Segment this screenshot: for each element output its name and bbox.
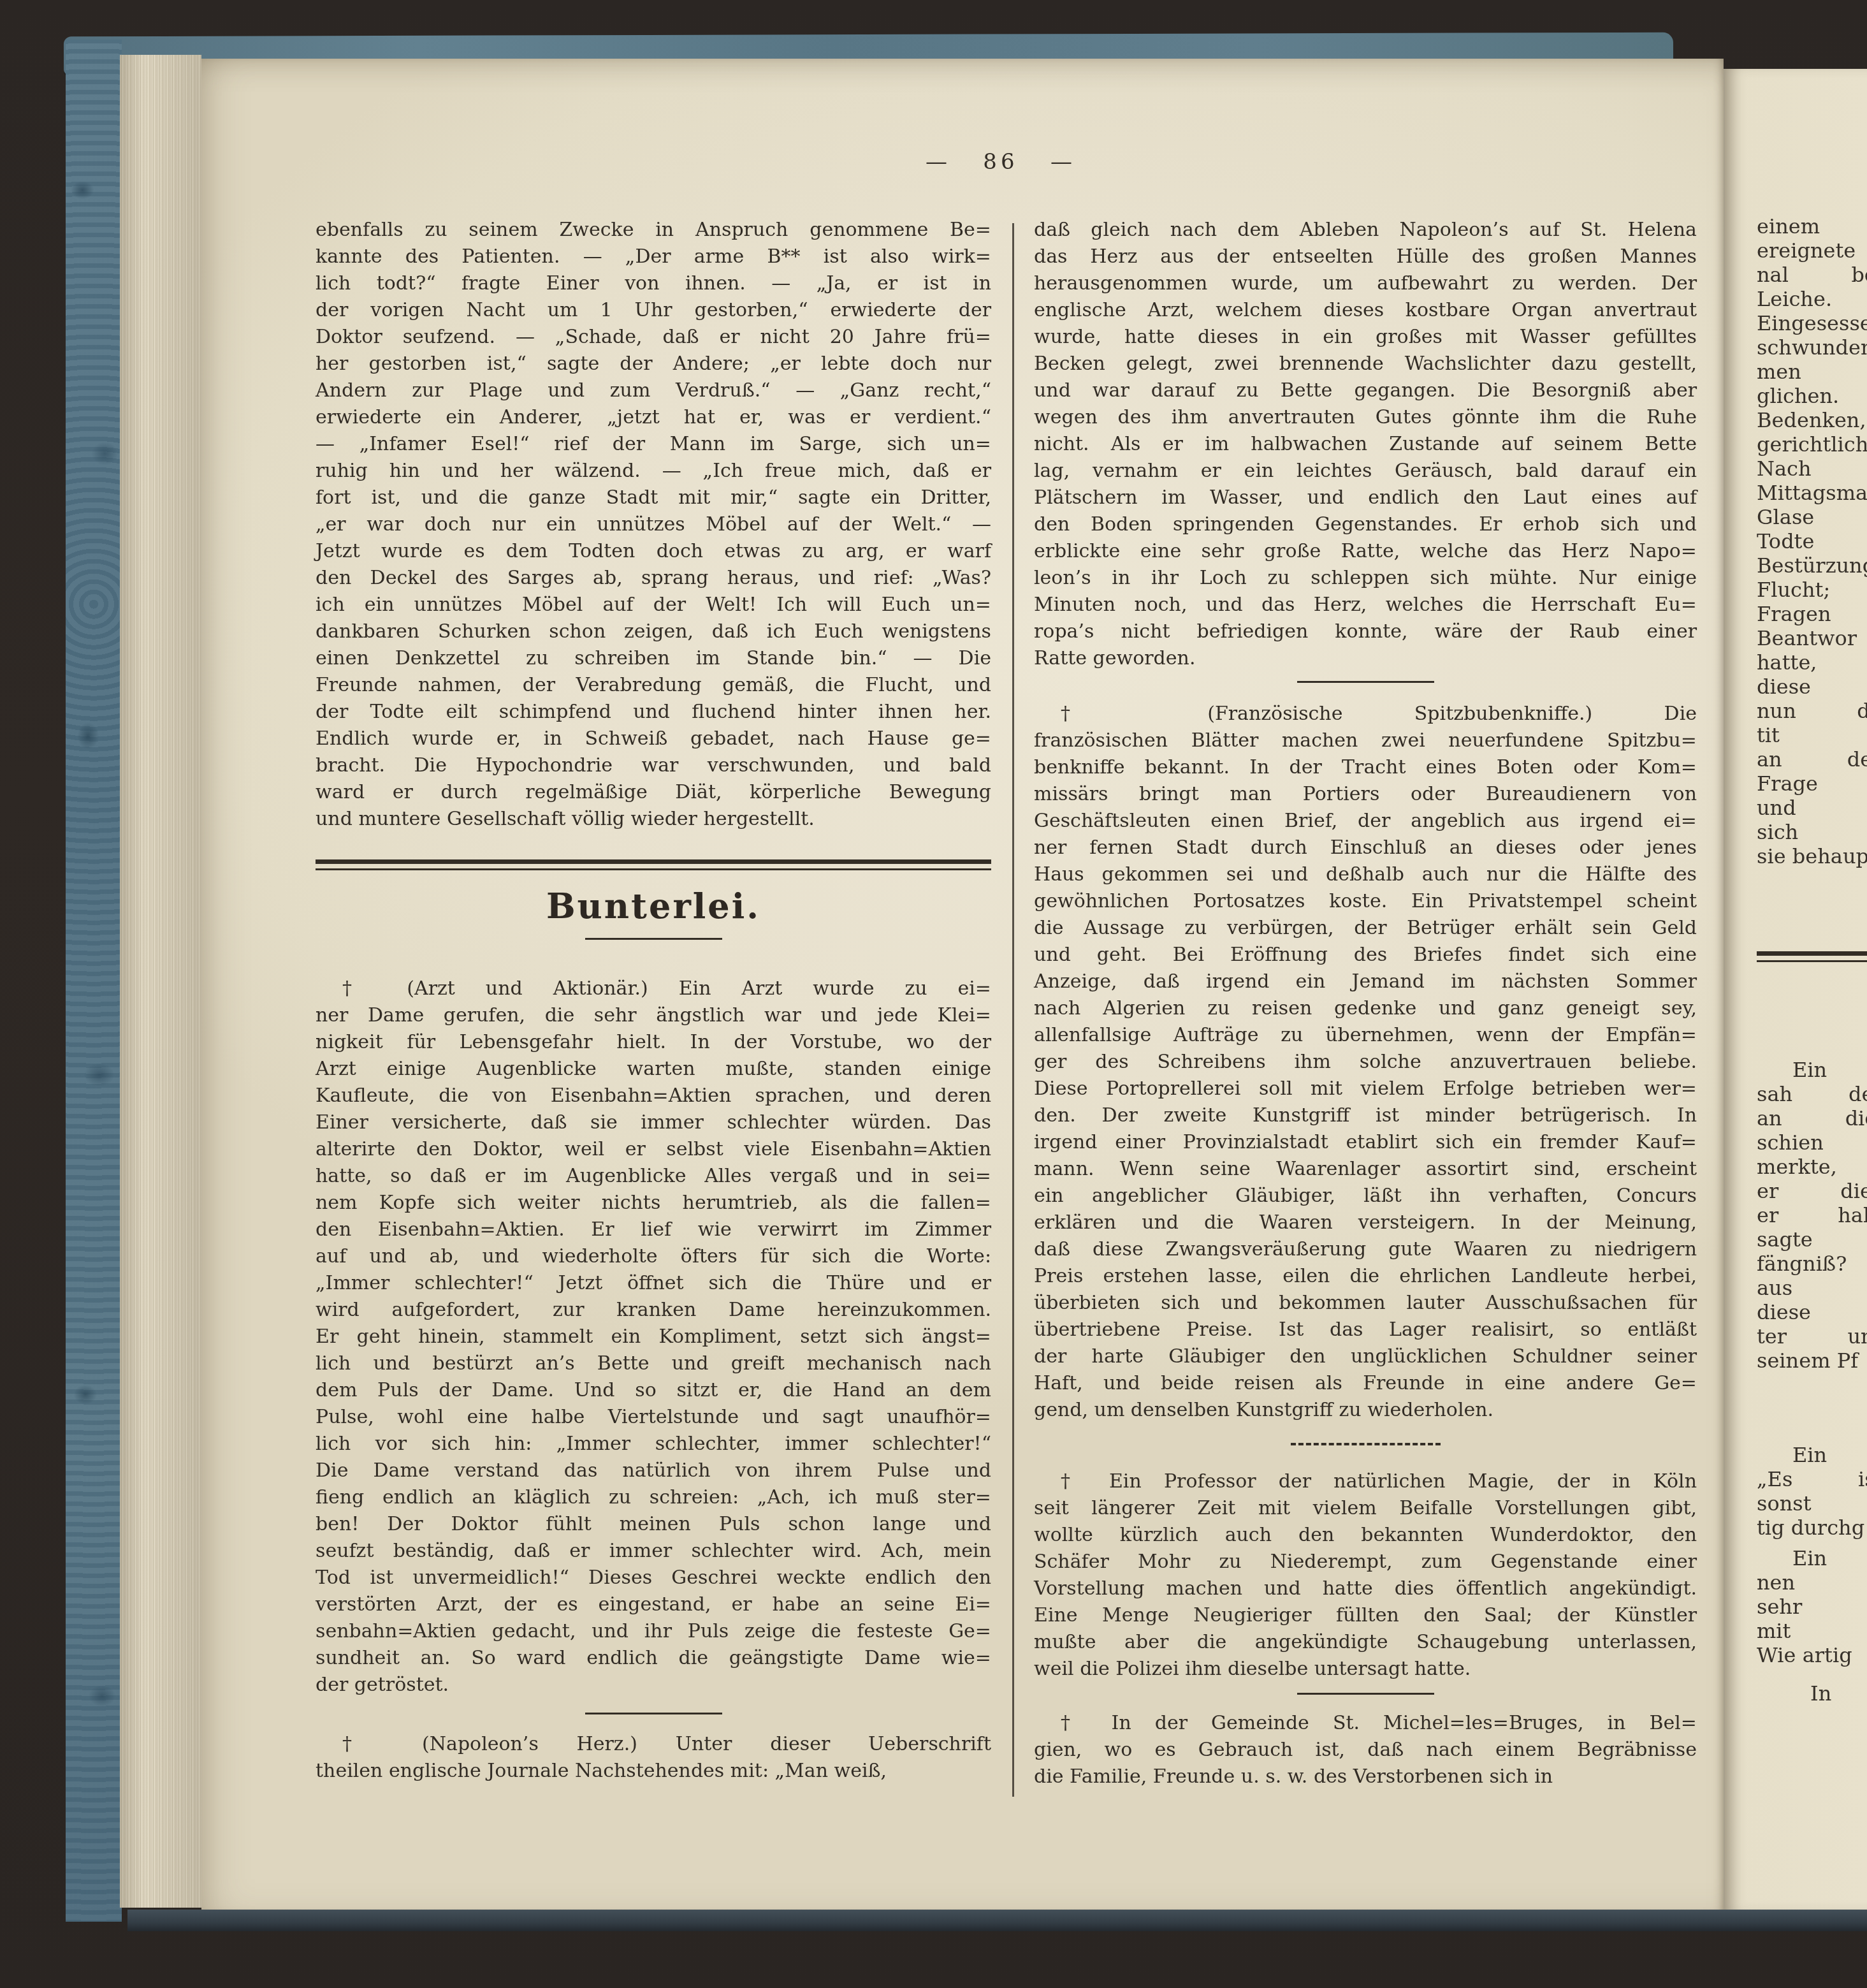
text-line: Ein [1757, 1443, 1867, 1467]
text-line: ben! Der Doktor fühlt meinen Puls schon … [316, 1511, 991, 1538]
text-line: übertriebene Preise. Ist das Lager reali… [1034, 1317, 1697, 1343]
text-line: englische Arzt, welchem dieses kostbare … [1034, 297, 1697, 324]
text-line: gerichtliche [1757, 432, 1867, 457]
text-line: fängniß? [1757, 1252, 1867, 1276]
text-line: und geht. Bei Eröffnung des Briefes find… [1034, 942, 1697, 968]
section-heading: Bunterlei. [316, 886, 991, 926]
right-text-column: daß gleich nach dem Ableben Napoleon’s a… [1034, 217, 1697, 1790]
text-line: und des [1757, 796, 1867, 820]
text-line: glichen. L [1757, 384, 1867, 408]
rule-short [585, 938, 722, 940]
text-line: Arzt einige Augenblicke warten mußte, st… [316, 1056, 991, 1083]
text-line: ner fernen Stadt durch Einschluß an dies… [1034, 835, 1697, 861]
text-line: erklären und die Waaren versteigern. In … [1034, 1210, 1697, 1236]
text-line: Glase eini [1757, 505, 1867, 529]
text-line: auf und ab, und wiederholte öfters für s… [316, 1243, 991, 1270]
text-line: benkniffe bekannt. In der Tracht eines B… [1034, 754, 1697, 781]
text-line: daß diese Zwangsveräußerung gute Waaren … [1034, 1236, 1697, 1263]
text-line: † (Arzt und Aktionär.) Ein Arzt wurde zu… [316, 976, 991, 1002]
paragraph: Ein„Es ist esonst würtig durchg [1757, 1443, 1867, 1540]
text-line: Becken gelegt, zwei brennende Wachslicht… [1034, 351, 1697, 377]
text-line: er habe n [1757, 1203, 1867, 1227]
text-line: leon’s in ihr Loch zu schleppen sich müh… [1034, 565, 1697, 592]
facing-page-text-column: einem Wiereignete sinal bei BLeiche. DEi… [1757, 214, 1867, 1706]
text-line: ebenfalls zu seinem Zwecke in Anspruch g… [316, 217, 991, 244]
text-line: nigkeit für Lebensgefahr hielt. In der V… [316, 1029, 991, 1056]
text-line: Mittagsma [1757, 481, 1867, 505]
text-line: nicht. Als er im halbwachen Zustande auf… [1034, 431, 1697, 458]
text-line: „Es ist e [1757, 1467, 1867, 1491]
text-line: sundheit an. So ward endlich die geängst… [316, 1645, 991, 1672]
text-line: gewöhnlichen Portosatzes koste. Ein Priv… [1034, 888, 1697, 915]
text-line: Bestürzung [1757, 553, 1867, 578]
text-line: Todte in’s [1757, 529, 1867, 553]
text-line: der Todte eilt schimpfend und fluchend h… [316, 699, 991, 726]
text-line: Einer versicherte, daß sie immer schlech… [316, 1109, 991, 1136]
text-line: hatte, so daß er im Augenblicke Alles ve… [316, 1163, 991, 1190]
text-line: Frage blie [1757, 771, 1867, 796]
text-line: Haft, und beide reisen als Freunde in ei… [1034, 1370, 1697, 1397]
text-line: die Familie, Freunde u. s. w. des Versto… [1034, 1764, 1697, 1790]
text-line: nach Algerien zu reisen gedenke und ganz… [1034, 995, 1697, 1022]
text-line: allenfallsige Aufträge zu übernehmen, we… [1034, 1022, 1697, 1049]
text-line: diese zu fi [1757, 675, 1867, 699]
text-line: erwiederte ein Anderer, „jetzt hat er, w… [316, 404, 991, 431]
text-line: Vorstellung machen und hatte dies öffent… [1034, 1575, 1697, 1602]
text-line: tig durchg [1757, 1516, 1867, 1540]
text-line: gien, wo es Gebrauch ist, daß nach einem… [1034, 1737, 1697, 1764]
text-line: den. Der zweite Kunstgriff ist minder be… [1034, 1102, 1697, 1129]
text-line: † (Französische Spitzbubenkniffe.) Die [1034, 701, 1697, 727]
text-line: nal bei B [1757, 263, 1867, 287]
text-line: alterirte den Doktor, weil er selbst vie… [316, 1136, 991, 1163]
paragraph: † (Napoleon’s Herz.) Unter dieser Uebers… [316, 1731, 991, 1785]
text-line: Nach dem [1757, 457, 1867, 481]
text-line: ter und n [1757, 1324, 1867, 1348]
text-line: Anzeige, daß irgend ein Jemand im nächst… [1034, 968, 1697, 995]
text-line: einem Wi [1757, 214, 1867, 238]
text-line: theilen englische Journale Nachstehendes… [316, 1758, 991, 1785]
text-line: an der T [1757, 747, 1867, 771]
facing-page-sliver: einem Wiereignete sinal bei BLeiche. DEi… [1724, 69, 1867, 1911]
text-line: ereignete si [1757, 238, 1867, 263]
rule-short [585, 1713, 722, 1714]
text-line: Doktor seufzend. — „Schade, daß er nicht… [316, 324, 991, 351]
text-line: „Immer schlechter!“ Jetzt öffnet sich di… [316, 1270, 991, 1297]
text-line: wegen des ihm anvertrauten Gutes gönnte … [1034, 404, 1697, 431]
text-line: kannte des Patienten. — „Der arme B** is… [316, 244, 991, 270]
text-line: hatte, um [1757, 650, 1867, 675]
paragraph: † (Arzt und Aktionär.) Ein Arzt wurde zu… [316, 976, 991, 1699]
text-line: Pulse, wohl eine halbe Viertelstunde und… [316, 1404, 991, 1431]
text-line: und war darauf zu Bette gegangen. Die Be… [1034, 377, 1697, 404]
text-line: nun der J [1757, 699, 1867, 723]
marbled-cover-strip [66, 40, 122, 1922]
text-line: ward er durch regelmäßige Diät, körperli… [316, 779, 991, 806]
text-line: gend, um denselben Kunstgriff zu wiederh… [1034, 1397, 1697, 1424]
text-line: Haus gekommen sei und deßhalb auch nur d… [1034, 861, 1697, 888]
text-line: Preis erstehen lasse, eilen die ehrliche… [1034, 1263, 1697, 1290]
paragraph: daß gleich nach dem Ableben Napoleon’s a… [1034, 217, 1697, 672]
text-line: schwunden [1757, 335, 1867, 360]
text-line: senbahn=Aktien gedacht, und ihr Puls zei… [316, 1618, 991, 1645]
text-line: lich vor sich hin: „Immer schlechter, im… [316, 1431, 991, 1458]
text-line: Diese Portoprellerei soll mit vielem Erf… [1034, 1076, 1697, 1102]
paragraph: einem Wiereignete sinal bei BLeiche. DEi… [1757, 214, 1867, 868]
text-line: „er war doch nur ein unnützes Möbel auf … [316, 511, 991, 538]
text-line: der vorigen Nacht um 1 Uhr gestorben,“ e… [316, 297, 991, 324]
paragraph: † (Französische Spitzbubenkniffe.) Diefr… [1034, 701, 1697, 1424]
text-line: tit durch [1757, 723, 1867, 747]
column-divider-rule [1012, 223, 1014, 1797]
text-line: nen Corr [1757, 1570, 1867, 1595]
paragraph: † Ein Professor der natürlichen Magie, d… [1034, 1468, 1697, 1683]
text-line: dankbaren Schurken schon zeigen, daß ich… [316, 618, 991, 645]
text-line: verstörten Arzt, der es eingestand, er h… [316, 1591, 991, 1618]
left-text-column: ebenfalls zu seinem Zwecke in Anspruch g… [316, 217, 991, 1785]
text-line: mußte aber die angekündigte Schaugebung … [1034, 1629, 1697, 1656]
text-line: merkte, fr [1757, 1155, 1867, 1179]
text-line: seufzt beständig, daß er immer schlechte… [316, 1538, 991, 1565]
text-line: an die M [1757, 1106, 1867, 1130]
text-line: Leiche. D [1757, 287, 1867, 311]
text-line: der harte Gläubiger den unglücklichen Sc… [1034, 1343, 1697, 1370]
rule-heavy [316, 859, 991, 870]
page-stack-edges [120, 55, 201, 1908]
page-number: — 86 — [880, 149, 1122, 175]
text-line: Schäfer Mohr zu Niederempt, zum Gegensta… [1034, 1549, 1697, 1575]
text-line: schien ver [1757, 1130, 1867, 1155]
text-line: sich dessen [1757, 820, 1867, 844]
text-line: Fragen a [1757, 602, 1867, 626]
book-scan: — 86 — ebenfalls zu seinem Zwecke in Ans… [0, 0, 1867, 1988]
text-line: und muntere Gesellschaft völlig wieder h… [316, 806, 991, 833]
text-line: Ein [1757, 1546, 1867, 1570]
text-line: erblickte eine sehr große Ratte, welche … [1034, 538, 1697, 565]
text-line: den Eisenbahn=Aktien. Er lief wie verwir… [316, 1217, 991, 1243]
paragraph: ebenfalls zu seinem Zwecke in Anspruch g… [316, 217, 991, 833]
rule-short [1297, 1693, 1434, 1695]
text-line: Tod ist unvermeidlich!“ Dieses Geschrei … [316, 1565, 991, 1591]
text-line: Plätschern im Wasser, und endlich den La… [1034, 485, 1697, 511]
text-line: Beantwor [1757, 626, 1867, 650]
text-line: men jenen [1757, 360, 1867, 384]
text-line: ich ein unnützes Möbel auf der Welt! Ich… [316, 592, 991, 618]
text-line: lich und bestürzt an’s Bette und greift … [316, 1350, 991, 1377]
paragraph: Einnen Corrsehr niedrmit welchWie artig [1757, 1546, 1867, 1667]
text-line: der getröstet. [316, 1672, 991, 1699]
text-line: herausgenommen wurde, um aufbewahrt zu w… [1034, 270, 1697, 297]
text-line: dem Puls der Dame. Und so sitzt er, die … [316, 1377, 991, 1404]
text-line: er dies G [1757, 1179, 1867, 1203]
text-line: Eine Menge Neugieriger füllten den Saal;… [1034, 1602, 1697, 1629]
paragraph: Einsah den Nan die Mschien vermerkte, fr… [1757, 1058, 1867, 1373]
text-line: mit welch [1757, 1619, 1867, 1643]
text-line: her gestorben ist,“ sagte der Andere; „e… [316, 351, 991, 377]
text-line: sonst wür [1757, 1491, 1867, 1516]
text-line: einen Denkzettel zu schreiben im Stande … [316, 645, 991, 672]
text-line: wollte kürzlich auch den bekannten Wunde… [1034, 1522, 1697, 1549]
text-line: den Deckel des Sarges ab, sprang heraus,… [316, 565, 991, 592]
text-line: das Herz aus der entseelten Hülle des gr… [1034, 244, 1697, 270]
text-line: Bedenken, [1757, 408, 1867, 432]
text-line: mann. Wenn seine Waarenlager assortirt s… [1034, 1156, 1697, 1183]
text-line: Flucht; di [1757, 578, 1867, 602]
text-line: fort ist, und die ganze Stadt mit mir,“ … [316, 485, 991, 511]
paragraph: In [1757, 1681, 1867, 1706]
text-line: weil die Polizei ihm dieselbe untersagt … [1034, 1656, 1697, 1683]
text-line: daß gleich nach dem Ableben Napoleon’s a… [1034, 217, 1697, 244]
text-line: missärs bringt man Portiers oder Bureaud… [1034, 781, 1697, 808]
text-line: In [1757, 1681, 1867, 1706]
text-line: aus dem [1757, 1276, 1867, 1300]
text-line: ner Dame gerufen, die sehr ängstlich war… [316, 1002, 991, 1029]
text-line: ein angeblicher Gläubiger, läßt ihn verh… [1034, 1183, 1697, 1210]
text-line: seit längerer Zeit mit vielem Beifalle V… [1034, 1495, 1697, 1522]
text-line: sehr niedr [1757, 1595, 1867, 1619]
book-bottom-edge [127, 1910, 1867, 1931]
text-line: französischen Blätter machen zwei neuerf… [1034, 727, 1697, 754]
rule-dashed [1291, 1443, 1441, 1445]
text-line: Ein [1757, 1058, 1867, 1082]
text-line: † In der Gemeinde St. Michel=les=Bruges,… [1034, 1710, 1697, 1737]
text-line: Jetzt wurde es dem Todten doch etwas zu … [316, 538, 991, 565]
text-line: den Boden springenden Gegenstandes. Er e… [1034, 511, 1697, 538]
text-line: irgend einer Provinzialstadt etablirt si… [1034, 1129, 1697, 1156]
text-line: † Ein Professor der natürlichen Magie, d… [1034, 1468, 1697, 1495]
text-line: † (Napoleon’s Herz.) Unter dieser Uebers… [316, 1731, 991, 1758]
text-line: Eingesessen [1757, 311, 1867, 335]
text-line: bracht. Die Hypochondrie war verschwunde… [316, 752, 991, 779]
left-page: — 86 — ebenfalls zu seinem Zwecke in Ans… [201, 59, 1724, 1911]
text-line: ruhig hin und her wälzend. — „Ich freue … [316, 458, 991, 485]
text-line: Kaufleute, die von Eisenbahn=Aktien spra… [316, 1083, 991, 1109]
text-line: Wie artig [1757, 1643, 1867, 1667]
text-line: diese Aeuß [1757, 1300, 1867, 1324]
text-line: sah den N [1757, 1082, 1867, 1106]
text-line: ger des Schreibens ihm solche anzuvertra… [1034, 1049, 1697, 1076]
text-line: nem Kopfe sich weiter nichts herumtrieb,… [316, 1190, 991, 1217]
text-line: wurde, hatte dieses in ein großes mit Wa… [1034, 324, 1697, 351]
text-line: ropa’s nicht befriedigen konnte, wäre de… [1034, 618, 1697, 645]
text-line: Minuten noch, und das Herz, welches die … [1034, 592, 1697, 618]
text-line: — „Infamer Esel!“ rief der Mann im Sarge… [316, 431, 991, 458]
text-line: seinem Pf [1757, 1348, 1867, 1373]
text-line: lag, vernahm er ein leichtes Geräusch, b… [1034, 458, 1697, 485]
text-line: Andern zur Plage und zum Verdruß.“ — „Ga… [316, 377, 991, 404]
text-line: fieng endlich an kläglich zu schreien: „… [316, 1484, 991, 1511]
text-line: Geschäftsleuten einen Brief, der angebli… [1034, 808, 1697, 835]
text-line: sie behaup [1757, 844, 1867, 868]
text-line: überbieten sich und bekommen lauter Auss… [1034, 1290, 1697, 1317]
text-line: lich todt?“ fragte Einer von ihnen. — „J… [316, 270, 991, 297]
text-line: Die Dame verstand das natürlich von ihre… [316, 1458, 991, 1484]
rule-heavy [1757, 951, 1867, 962]
text-line: sagte der [1757, 1227, 1867, 1252]
paragraph: † In der Gemeinde St. Michel=les=Bruges,… [1034, 1710, 1697, 1790]
text-line: die Aussage zu verbürgen, der Betrüger e… [1034, 915, 1697, 942]
text-line: Freunde nahmen, der Verabredung gemäß, d… [316, 672, 991, 699]
text-line: Endlich wurde er, in Schweiß gebadet, na… [316, 726, 991, 752]
text-line: wird aufgefordert, zur kranken Dame here… [316, 1297, 991, 1324]
text-line: Er geht hinein, stammelt ein Kompliment,… [316, 1324, 991, 1350]
text-line: Ratte geworden. [1034, 645, 1697, 672]
rule-short [1297, 681, 1434, 683]
